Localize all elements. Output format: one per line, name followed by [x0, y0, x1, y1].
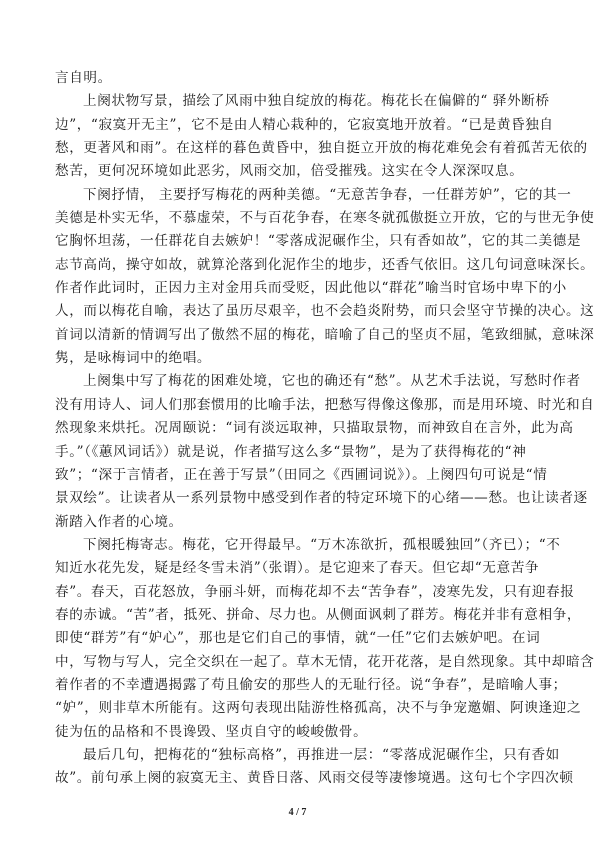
text-line: “妒”，则非草木所能有。这两句表现出陆游性格孤高，决不与争宠邀媚、阿谀逢迎之 — [55, 697, 542, 720]
text-line: 手。”（《蕙风词话》）就是说，作者描写这么多“景物”，是为了获得梅花的“神 — [55, 441, 542, 464]
text-line: 着作者的不幸遭遇揭露了苟且偷安的那些人的无耻行径。说“争春”，是暗喻人事； — [55, 674, 542, 697]
text-line: 愁，更著风和雨”。在这样的暮色黄昏中，独自挺立开放的梅花难免会有着孤苦无依的 — [55, 137, 542, 160]
text-line: 愁苦，更何况环境如此恶劣，风雨交加，倍受摧残。这实在令人深深叹息。 — [55, 160, 542, 183]
paragraph-start-line: 下阕托梅寄志。梅花，它开得最早。“万木冻欲折，孤根暖独回”（齐已）；“不 — [55, 534, 542, 557]
text-line: 景双绘”。让读者从一系列景物中感受到作者的特定环境下的心绪——愁。也让读者逐 — [55, 487, 542, 510]
paragraph-start-line: 下阕抒情， 主要抒写梅花的两种美德。“无意苦争春，一任群芳妒”，它的其一 — [55, 184, 542, 207]
text-line: 作者作此词时，正因力主对金用兵而受贬，因此他以“群花”喻当时官场中卑下的小 — [55, 277, 542, 300]
text-line: 春的赤诚。“苦”者，抵死、拼命、尽力也。从侧面讽刺了群芳。梅花并非有意相争， — [55, 604, 542, 627]
paragraph-start-line: 上阕集中写了梅花的困难处境，它也的确还有“愁”。从艺术手法说，写愁时作者 — [55, 370, 542, 393]
text-line: 知近水花先发，疑是经冬雪未消”（张谓）。是它迎来了春天。但它却“无意苦争 — [55, 557, 542, 580]
text-line: 故”。前句承上阕的寂寞无主、黄昏日落、风雨交侵等凄惨境遇。这句七个字四次顿 — [55, 767, 542, 790]
paragraph-start-line: 上阕状物写景，描绘了风雨中独自绽放的梅花。梅花长在偏僻的“ 驿外断桥 — [55, 90, 542, 113]
text-line: 中，写物与写人，完全交织在一起了。草木无情，花开花落，是自然现象。其中却暗含 — [55, 651, 542, 674]
text-line: 春”。春天，百花怒放，争丽斗妍，而梅花却不去“苦争春”，凌寒先发，只有迎春报 — [55, 581, 542, 604]
text-line: 没有用诗人、词人们那套惯用的比喻手法，把愁写得像这像那，而是用环境、时光和自 — [55, 394, 542, 417]
paragraph-start-line: 最后几句，把梅花的“独标高格”，再推进一层：“零落成泥碾作尘，只有香如 — [55, 744, 542, 767]
page-number: 4 / 7 — [0, 807, 595, 818]
text-line: 边”，“寂寞开无主”，它不是由人精心栽种的，它寂寞地开放着。“已是黄昏独自 — [55, 114, 542, 137]
text-line: 徒为伍的品格和不畏谗毁、坚贞自守的峻峻傲骨。 — [55, 721, 542, 744]
text-line: 美德是朴实无华，不慕虚荣，不与百花争春，在寒冬就孤傲挺立开放，它的与世无争使 — [55, 207, 542, 230]
text-line: 然现象来烘托。况周颐说：“词有淡远取神，只描取景物，而神致自在言外，此为高 — [55, 417, 542, 440]
text-line: 言自明。 — [55, 67, 542, 90]
text-line: 致”；“深于言情者，正在善于写景”（田同之《西圃词说》）。上阕四句可说是“情 — [55, 464, 542, 487]
text-line: 即使“群芳”有“妒心”，那也是它们自己的事情，就“一任”它们去嫉妒吧。在词 — [55, 627, 542, 650]
document-body: 言自明。上阕状物写景，描绘了风雨中独自绽放的梅花。梅花长在偏僻的“ 驿外断桥边”… — [55, 67, 542, 791]
text-line: 渐踏入作者的心境。 — [55, 511, 542, 534]
document-page: 言自明。上阕状物写景，描绘了风雨中独自绽放的梅花。梅花长在偏僻的“ 驿外断桥边”… — [0, 0, 595, 841]
text-line: 首词以清新的情调写出了傲然不屈的梅花，暗喻了自己的坚贞不屈，笔致细腻，意味深 — [55, 324, 542, 347]
text-line: 志节高尚，操守如故，就算沦落到化泥作尘的地步，还香气依旧。这几句词意味深长。 — [55, 254, 542, 277]
text-line: 它胸怀坦荡，一任群花自去嫉妒！“零落成泥碾作尘，只有香如故”，它的其二美德是 — [55, 230, 542, 253]
text-line: 隽，是咏梅词中的绝唱。 — [55, 347, 542, 370]
text-line: 人，而以梅花自喻，表达了虽历尽艰辛，也不会趋炎附势，而只会坚守节操的决心。这 — [55, 300, 542, 323]
